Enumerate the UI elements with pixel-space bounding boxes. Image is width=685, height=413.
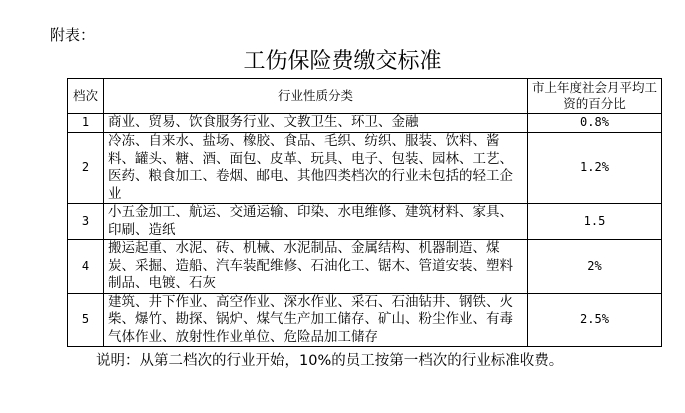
table-row: 2 冷冻、自来水、盐场、橡胶、食品、毛织、纺织、服装、饮料、酱料、罐头、糖、酒、…	[68, 133, 662, 204]
grade-cell: 4	[68, 240, 104, 294]
page-title: 工伤保险费缴交标准	[0, 44, 685, 75]
table-row: 1 商业、贸易、饮食服务行业、文教卫生、环卫、金融 0.8%	[68, 114, 662, 133]
appendix-label: 附表：	[50, 24, 95, 45]
header-industry: 行业性质分类	[104, 79, 528, 114]
percentage-cell: 2%	[528, 240, 662, 294]
percentage-cell: 0.8%	[528, 114, 662, 133]
percentage-cell: 1.5	[528, 204, 662, 240]
industry-cell: 搬运起重、水泥、砖、机械、水泥制品、金属结构、机器制造、煤炭、采掘、造船、汽车装…	[104, 240, 528, 294]
table-row: 3 小五金加工、航运、交通运输、印染、水电维修、建筑材料、家具、印刷、造纸 1.…	[68, 204, 662, 240]
footnote: 说明：从第二档次的行业开始，10%的员工按第一档次的行业标准收费。	[96, 349, 563, 370]
table-row: 4 搬运起重、水泥、砖、机械、水泥制品、金属结构、机器制造、煤炭、采掘、造船、汽…	[68, 240, 662, 294]
table-row: 5 建筑、井下作业、高空作业、深水作业、采石、石油钻井、钢铁、火柴、爆竹、勘探、…	[68, 293, 662, 347]
header-grade: 档次	[68, 79, 104, 114]
grade-cell: 2	[68, 133, 104, 204]
industry-cell: 建筑、井下作业、高空作业、深水作业、采石、石油钻井、钢铁、火柴、爆竹、勘探、锅炉…	[104, 293, 528, 347]
insurance-rate-table: 档次 行业性质分类 市上年度社会月平均工资的百分比 1 商业、贸易、饮食服务行业…	[67, 78, 662, 347]
percentage-cell: 1.2%	[528, 133, 662, 204]
grade-cell: 3	[68, 204, 104, 240]
header-percentage: 市上年度社会月平均工资的百分比	[528, 79, 662, 114]
industry-cell: 小五金加工、航运、交通运输、印染、水电维修、建筑材料、家具、印刷、造纸	[104, 204, 528, 240]
grade-cell: 5	[68, 293, 104, 347]
table-header-row: 档次 行业性质分类 市上年度社会月平均工资的百分比	[68, 79, 662, 114]
grade-cell: 1	[68, 114, 104, 133]
percentage-cell: 2.5%	[528, 293, 662, 347]
industry-cell: 商业、贸易、饮食服务行业、文教卫生、环卫、金融	[104, 114, 528, 133]
industry-cell: 冷冻、自来水、盐场、橡胶、食品、毛织、纺织、服装、饮料、酱料、罐头、糖、酒、面包…	[104, 133, 528, 204]
